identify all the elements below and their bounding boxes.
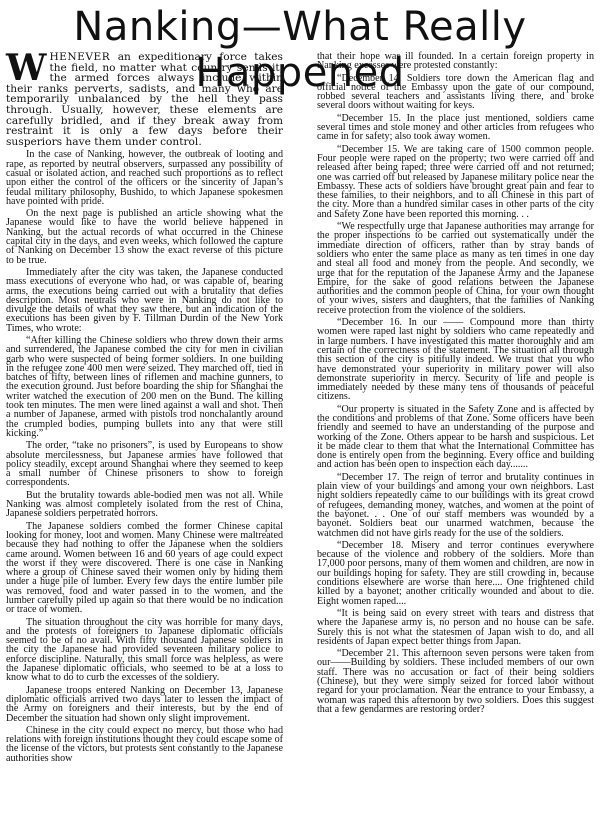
- article-title: Nanking—What Really Happened: [0, 0, 600, 52]
- paragraph: On the next page is published an article…: [6, 209, 283, 265]
- paragraph: Chinese in the city could expect no merc…: [6, 726, 283, 763]
- article-page: Nanking—What Really Happened WHENEVER an…: [0, 0, 600, 826]
- paragraph: In the case of Nanking, however, the out…: [6, 150, 283, 206]
- drop-cap: W: [6, 52, 46, 83]
- right-column: that their hope was ill founded. In a ce…: [317, 52, 594, 766]
- quote-paragraph: “It is being said on every street with t…: [317, 609, 594, 646]
- quote-paragraph: “December 15. In the place just mentione…: [317, 114, 594, 142]
- quote-paragraph: “December 17. The reign of terror and br…: [317, 473, 594, 538]
- quote-paragraph: “We respectfully urge that Japanese auth…: [317, 222, 594, 315]
- continued-paragraph: that their hope was ill founded. In a ce…: [317, 52, 594, 71]
- quote-paragraph: “December 18. Misery and terror continue…: [317, 541, 594, 606]
- left-column: WHENEVER an expeditionary force takes th…: [6, 52, 283, 766]
- quote-paragraph: “December 21. This afternoon seven perso…: [317, 649, 594, 714]
- paragraph: Japanese troops entered Nanking on Decem…: [6, 686, 283, 723]
- quote-paragraph: “After killing the Chinese soldiers who …: [6, 336, 283, 438]
- paragraph: Immediately after the city was taken, th…: [6, 268, 283, 333]
- lead-paragraph: WHENEVER an expeditionary force takes th…: [6, 52, 283, 147]
- paragraph: But the brutality towards able-bodied me…: [6, 491, 283, 519]
- article-columns: WHENEVER an expeditionary force takes th…: [6, 52, 594, 766]
- quote-paragraph: “December 16. In our —— Compound more th…: [317, 318, 594, 402]
- quote-paragraph: “Our property is situated in the Safety …: [317, 405, 594, 470]
- paragraph: The Japanese soldiers combed the former …: [6, 522, 283, 615]
- paragraph: The situation throughout the city was ho…: [6, 618, 283, 683]
- paragraph: The order, “take no prisoners”, is used …: [6, 441, 283, 487]
- quote-paragraph: “December 15. We are taking care of 1500…: [317, 145, 594, 219]
- lead-text: an expeditionary force takes the field, …: [6, 51, 283, 148]
- quote-paragraph: “December 14. Soldiers tore down the Ame…: [317, 74, 594, 111]
